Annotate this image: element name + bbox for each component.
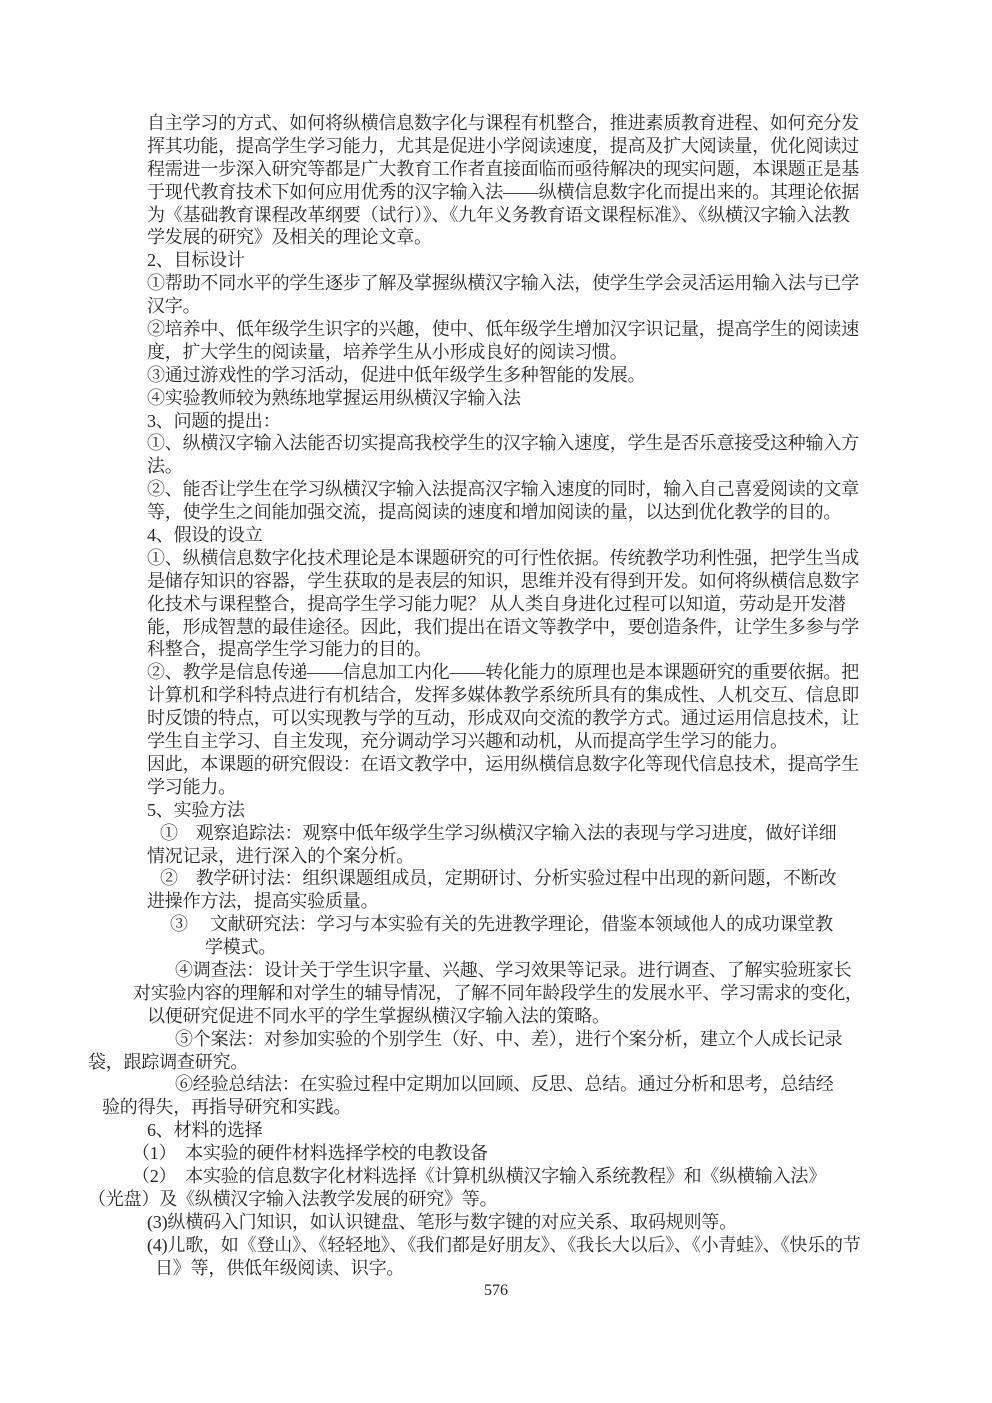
text-line: 2、目标设计 bbox=[147, 249, 863, 272]
text-line: ② 教学研讨法：组织课题组成员，定期研讨、分析实验过程中出现的新问题，不断改 bbox=[160, 867, 863, 890]
text-line: 学模式。 bbox=[205, 936, 863, 959]
text-line: 以便研究促进不同水平的学生掌握纵横汉字输入法的策略。 bbox=[147, 1005, 863, 1028]
text-line: 日》等，供低年级阅读、识字。 bbox=[155, 1257, 863, 1280]
text-line: ① 观察追踪法：观察中低年级学生学习纵横汉字输入法的表现与学习进度，做好详细 bbox=[160, 822, 863, 845]
text-line: 计算机和学科特点进行有机结合，发挥多媒体教学系统所具有的集成性、人机交互、信息即 bbox=[147, 684, 863, 707]
text-line: 挥其功能，提高学生学习能力，尤其是促进小学阅读速度，提高及扩大阅读量，优化阅读过 bbox=[147, 135, 863, 158]
text-line: ①、纵横信息数字化技术理论是本课题研究的可行性依据。传统教学功利性强，把学生当成 bbox=[147, 547, 863, 570]
text-line: 自主学习的方式、如何将纵横信息数字化与课程有机整合，推进素质教育进程、如何充分发 bbox=[147, 112, 863, 135]
text-line: 学发展的研究》及相关的理论文章。 bbox=[147, 226, 863, 249]
text-line: 验的得失，再指导研究和实践。 bbox=[102, 1096, 863, 1119]
text-line: （1） 本实验的硬件材料选择学校的电教设备 bbox=[132, 1142, 863, 1165]
text-line: ②、能否让学生在学习纵横汉字输入法提高汉字输入速度的同时，输入自己喜爱阅读的文章 bbox=[147, 478, 863, 501]
text-line: 进操作方法，提高实验质量。 bbox=[147, 890, 863, 913]
text-line: 法。 bbox=[147, 455, 863, 478]
text-line: 5、实验方法 bbox=[147, 799, 863, 822]
text-line: 能，形成智慧的最佳途径。因此，我们提出在语文等教学中，要创造条件，让学生多参与学 bbox=[147, 616, 863, 639]
text-line: ①帮助不同水平的学生逐步了解及掌握纵横汉字输入法，使学生学会灵活运用输入法与已学 bbox=[147, 272, 863, 295]
text-line: （光盘）及《纵横汉字输入法教学发展的研究》等。 bbox=[88, 1188, 863, 1211]
text-line: ①、纵横汉字输入法能否切实提高我校学生的汉字输入速度，学生是否乐意接受这种输入方 bbox=[147, 432, 863, 455]
text-line: ②、教学是信息传递——信息加工内化——转化能力的原理也是本课题研究的重要依据。把 bbox=[147, 661, 863, 684]
text-line: ⑥经验总结法：在实验过程中定期加以回顾、反思、总结。通过分析和思考，总结经 bbox=[175, 1073, 863, 1096]
text-line: 科整合，提高学生学习能力的目的。 bbox=[147, 638, 863, 661]
text-line: ⑤个案法：对参加实验的个别学生（好、中、差），进行个案分析，建立个人成长记录 bbox=[175, 1028, 863, 1051]
text-line: 学生自主学习、自主发现，充分调动学习兴趣和动机，从而提高学生学习的能力。 bbox=[147, 730, 863, 753]
text-line: 化技术与课程整合，提高学生学习能力呢？ 从人类自身进化过程可以知道，劳动是开发潜 bbox=[147, 593, 863, 616]
text-line: 等，使学生之间能加强交流，提高阅读的速度和增加阅读的量，以达到优化教学的目的。 bbox=[147, 501, 863, 524]
text-line: 6、材料的选择 bbox=[147, 1119, 863, 1142]
text-line: 是储存知识的容器，学生获取的是表层的知识，思维并没有得到开发。如何将纵横信息数字 bbox=[147, 570, 863, 593]
text-line: (4)儿歌，如《登山》、《轻轻地》、《我们都是好朋友》、《我长大以后》、《小青蛙… bbox=[147, 1234, 863, 1257]
text-line: 度，扩大学生的阅读量，培养学生从小形成良好的阅读习惯。 bbox=[147, 341, 863, 364]
text-line: 汉字。 bbox=[147, 295, 863, 318]
text-line: （2） 本实验的信息数字化材料选择《计算机纵横汉字输入系统教程》和《纵横输入法》 bbox=[132, 1165, 863, 1188]
text-line: ④调查法：设计关于学生识字量、兴趣、学习效果等记录。进行调查、了解实验班家长 bbox=[175, 959, 863, 982]
text-line: ③通过游戏性的学习活动，促进中低年级学生多种智能的发展。 bbox=[147, 364, 863, 387]
text-line: 情况记录，进行深入的个案分析。 bbox=[147, 845, 863, 868]
text-line: ③ 文献研究法：学习与本实验有关的先进教学理论，借鉴本领域他人的成功课堂教 bbox=[170, 913, 863, 936]
text-line: ④实验教师较为熟练地掌握运用纵横汉字输入法 bbox=[147, 387, 863, 410]
text-line: 为《基础教育课程改革纲要（试行）》、《九年义务教育语文课程标准》、《纵横汉字输入… bbox=[147, 204, 863, 227]
text-line: 程需进一步深入研究等都是广大教育工作者直接面临而亟待解决的现实问题，本课题正是基 bbox=[147, 158, 863, 181]
text-line: 因此，本课题的研究假设：在语文教学中，运用纵横信息数字化等现代信息技术，提高学生 bbox=[147, 753, 863, 776]
text-line: (3)纵横码入门知识，如认识键盘、笔形与数字键的对应关系、取码规则等。 bbox=[147, 1211, 863, 1234]
text-line: 4、假设的设立 bbox=[147, 524, 863, 547]
page-number: 576 bbox=[0, 1280, 992, 1302]
text-line: ②培养中、低年级学生识字的兴趣，使中、低年级学生增加汉字识记量，提高学生的阅读速 bbox=[147, 318, 863, 341]
text-line: 袋，跟踪调查研究。 bbox=[88, 1051, 863, 1074]
text-line: 3、问题的提出： bbox=[147, 410, 863, 433]
text-line: 学习能力。 bbox=[147, 776, 863, 799]
text-line: 时反馈的特点，可以实现教与学的互动，形成双向交流的教学方式。通过运用信息技术，让 bbox=[147, 707, 863, 730]
text-line: 对实验内容的理解和对学生的辅导情况，了解不同年龄段学生的发展水平、学习需求的变化… bbox=[133, 982, 863, 1005]
text-line: 于现代教育技术下如何应用优秀的汉字输入法——纵横信息数字化而提出来的。其理论依据 bbox=[147, 181, 863, 204]
document-page: 自主学习的方式、如何将纵横信息数字化与课程有机整合，推进素质教育进程、如何充分发… bbox=[0, 0, 992, 1403]
document-body: 自主学习的方式、如何将纵横信息数字化与课程有机整合，推进素质教育进程、如何充分发… bbox=[147, 112, 863, 1279]
